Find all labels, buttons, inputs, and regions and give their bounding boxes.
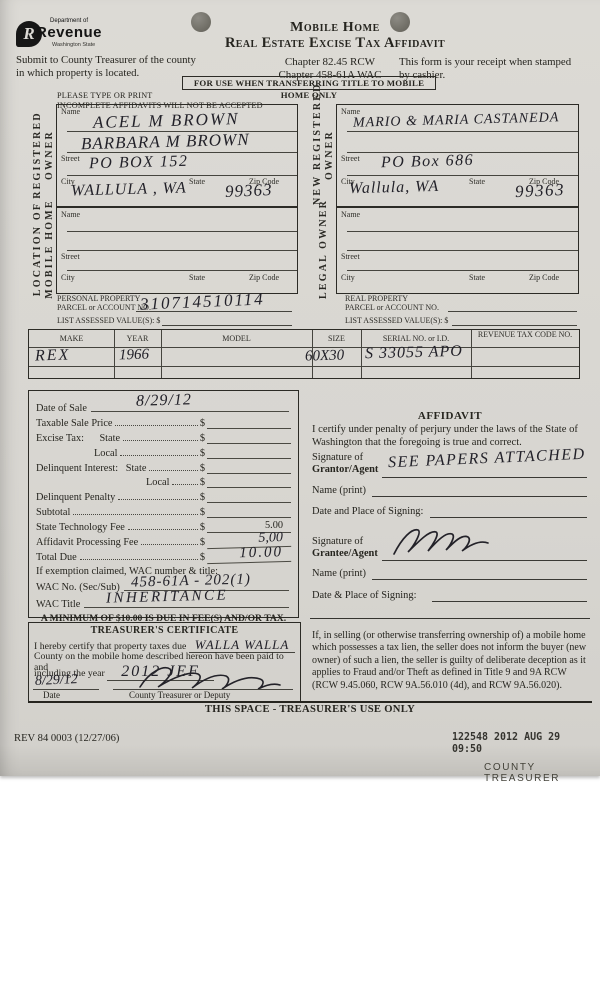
treasurer-use-only-note: THIS SPACE - TREASURER'S USE ONLY	[0, 704, 600, 715]
lien-warning-text: If, in selling (or otherwise transferrin…	[312, 630, 592, 692]
scanned-affidavit-document: Department of R Revenue Washington State…	[0, 0, 600, 988]
size-value: 60X30	[305, 347, 345, 365]
use-restriction-box: FOR USE WHEN TRANSFERRING TITLE TO MOBIL…	[182, 76, 436, 90]
date-of-sale-value: 8/29/12	[136, 391, 192, 410]
wac-title-row: WAC Title INHERITANCE	[36, 593, 291, 610]
affidavit-title: AFFIDAVIT	[310, 410, 590, 422]
submit-note: Submit to County Treasurer of the county…	[16, 54, 201, 80]
date-of-sale-row: Date of Sale 8/29/12	[36, 395, 291, 414]
fee-row: Local $	[36, 444, 291, 459]
registered-owner-name1: ACEL M BROWN	[93, 109, 240, 133]
treasurer-date-value: 8/29/12	[35, 672, 78, 690]
new-registered-owner-box: Name Street City State Zip Code MARIO & …	[336, 104, 579, 207]
new-owner-city: Wallula, WA	[349, 178, 440, 198]
treasurer-certificate-box: TREASURER'S CERTIFICATE I hereby certify…	[28, 622, 301, 703]
form-title-line1: Mobile Home	[195, 20, 475, 36]
grantor-signature-text: SEE PAPERS ATTACHED	[388, 446, 586, 473]
new-owner-zip: 99363	[515, 180, 566, 202]
grantee-agent-label: Grantee/Agent	[312, 548, 378, 559]
fee-row-total: Total Due $10.00	[36, 548, 291, 563]
logo-revenue-text: Revenue	[36, 24, 102, 41]
form-page: Department of R Revenue Washington State…	[0, 0, 600, 776]
fee-row: Excise Tax: State $	[36, 429, 291, 444]
wac-title-value: INHERITANCE	[106, 587, 229, 607]
col-revenue-tax: REVENUE TAX CODE NO.	[471, 331, 579, 339]
col-year: YEAR	[114, 334, 161, 343]
fee-row: Delinquent Penalty $	[36, 488, 291, 503]
registered-owner-side-label: REGISTERED OWNER	[32, 105, 56, 205]
grantee-signature	[388, 520, 498, 560]
new-owner-name: MARIO & MARIA CASTANEDA	[353, 110, 560, 131]
real-property-label: REAL PROPERTY	[345, 294, 408, 303]
col-serial: SERIAL NO. or I.D.	[361, 334, 471, 343]
cashier-receipt-stamp: 122548 2012 AUG 29 09:50	[452, 731, 593, 755]
registered-owner-zip: 99363	[225, 180, 273, 202]
chapter-rcw: Chapter 82.45 RCW	[235, 56, 425, 68]
year-value: 1966	[119, 347, 149, 365]
location-side-label: LOCATION OF MOBILE HOME	[32, 199, 56, 299]
legal-owner-box: Name Street City State Zip Code	[336, 207, 579, 294]
new-owner-street: PO Box 686	[381, 152, 475, 172]
grantor-agent-label: Grantor/Agent	[312, 464, 378, 475]
logo-state-text: Washington State	[52, 42, 95, 48]
serial-value: S 33055 APO	[365, 343, 463, 364]
registered-owner-street: PO BOX 152	[89, 153, 189, 174]
fee-row: Local $	[36, 474, 291, 489]
fee-row: Taxable Sale Price $	[36, 414, 291, 429]
personal-property-label: PERSONAL PROPERTY	[57, 294, 140, 303]
form-title-line2: Real Estate Excise Tax Affidavit	[180, 35, 490, 52]
form-revision-number: REV 84 0003 (12/27/06)	[14, 733, 119, 744]
vehicle-table: MAKE YEAR MODEL SIZE SERIAL NO. or I.D. …	[28, 329, 580, 379]
fee-row: Delinquent Interest: State $	[36, 459, 291, 474]
fee-row: Subtotal $	[36, 503, 291, 518]
registered-owner-city: WALLULA , WA	[71, 179, 187, 200]
location-box: Name Street City State Zip Code	[56, 207, 298, 294]
registered-owner-box: Name Street City State Zip Code ACEL M B…	[56, 104, 298, 207]
affidavit-certify-text: I certify under penalty of perjury under…	[312, 424, 588, 450]
new-registered-owner-side-label: NEW REGISTERED OWNER	[312, 105, 336, 205]
county-treasurer-stamp: COUNTY TREASURER	[484, 762, 600, 784]
registered-owner-name2: BARBARA M BROWN	[81, 130, 250, 154]
fee-section: Date of Sale 8/29/12 Taxable Sale Price …	[28, 390, 299, 618]
deputy-label: County Treasurer or Deputy	[129, 690, 230, 700]
col-model: MODEL	[161, 334, 312, 343]
col-make: MAKE	[29, 334, 114, 343]
type-or-print-note: PLEASE TYPE OR PRINT	[57, 91, 153, 100]
legal-owner-side-label: LEGAL OWNER	[312, 199, 336, 299]
make-value: REX	[35, 347, 71, 366]
treasurer-certificate-title: TREASURER'S CERTIFICATE	[29, 625, 300, 636]
col-size: SIZE	[312, 334, 361, 343]
